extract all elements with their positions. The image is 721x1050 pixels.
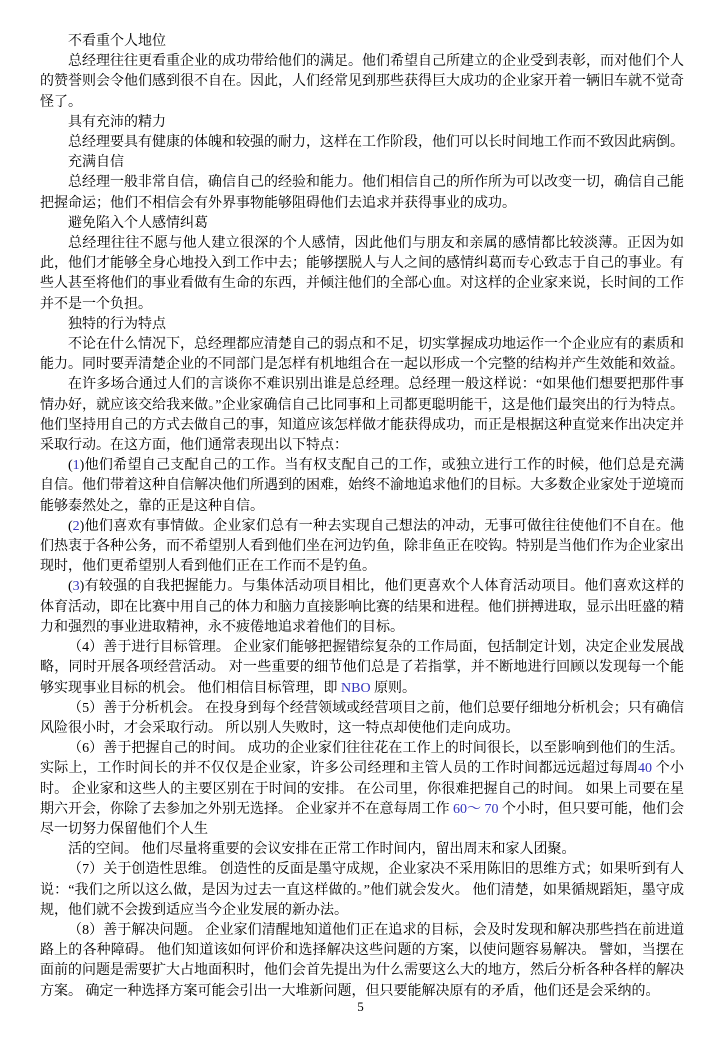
latin-accent-text: 40 — [638, 761, 652, 776]
latin-accent-text: 60～ 70 — [453, 802, 499, 817]
paragraph: 不论在什么情况下，总经理都应清楚自己的弱点和不足，切实掌握成功地运作一个企业应有… — [40, 335, 684, 375]
paragraph: (3)有较强的自我把握能力。与集体活动项目相比，他们更喜欢个人体育活动项目。他们… — [40, 577, 684, 638]
section-heading: 避免陷入个人感情纠葛 — [40, 214, 684, 234]
paragraph: 总经理要具有健康的体魄和较强的耐力，这样在工作阶段，他们可以长时间地工作而不致因… — [40, 133, 684, 153]
section-heading: 充满自信 — [40, 153, 684, 173]
paragraph: (2)他们喜欢有事情做。企业家们总有一种去实现自己想法的冲动，无事可做往往使他们… — [40, 517, 684, 578]
paragraph: （4）善于进行目标管理。 企业家们能够把握错综复杂的工作局面，包括制定计划，决定… — [40, 638, 684, 699]
paragraph: （7）关于创造性思维。 创造性的反面是墨守成规，企业家决不采用陈旧的思维方式；如… — [40, 860, 684, 921]
paragraph: 总经理往往不愿与他人建立很深的个人感情，因此他们与朋友和亲属的感情都比较淡薄。正… — [40, 234, 684, 315]
section-heading: 独特的行为特点 — [40, 315, 684, 335]
paragraph: 活的空间。 他们尽量将重要的会议安排在正常工作时间内，留出周末和家人团聚。 — [40, 840, 684, 860]
page-number: 5 — [0, 1000, 721, 1014]
latin-accent-text: NBO — [341, 681, 371, 696]
paragraph: (1)他们希望自己支配自己的工作。当有权支配自己的工作，或独立进行工作的时候，他… — [40, 456, 684, 517]
document-body: 不看重个人地位总经理往往更看重企业的成功带给他们的满足。他们希望自己所建立的企业… — [40, 32, 684, 1002]
section-heading: 具有充沛的精力 — [40, 113, 684, 133]
paragraph: 在许多场合通过人们的言谈你不难识别出谁是总经理。总经理一般这样说：“如果他们想要… — [40, 375, 684, 456]
section-heading: 不看重个人地位 — [40, 32, 684, 52]
paragraph: （5）善于分析机会。 在投身到每个经营领域或经营项目之前，他们总要仔细地分析机会… — [40, 699, 684, 739]
paragraph: （6）善于把握自己的时间。 成功的企业家们往往花在工作上的时间很长，以至影响到他… — [40, 739, 684, 840]
paragraph: 总经理一般非常自信，确信自己的经验和能力。他们相信自己的所作所为可以改变一切，确… — [40, 173, 684, 213]
latin-accent-text: 3 — [73, 579, 80, 594]
paragraph: （8）善于解决问题。 企业家们清醒地知道他们正在追求的目标，会及时发现和解决那些… — [40, 921, 684, 1002]
latin-accent-text: 2 — [73, 519, 80, 534]
latin-accent-text: 1 — [73, 458, 80, 473]
document-page: 不看重个人地位总经理往往更看重企业的成功带给他们的满足。他们希望自己所建立的企业… — [0, 0, 721, 1050]
paragraph: 总经理往往更看重企业的成功带给他们的满足。他们希望自己所建立的企业受到表彰，而对… — [40, 52, 684, 113]
